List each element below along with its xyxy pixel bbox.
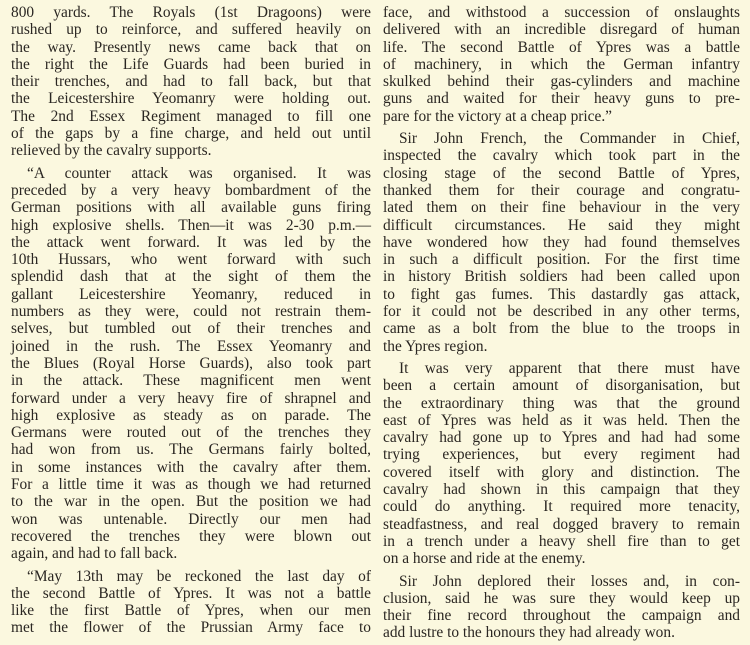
text-line: in a trench under a heavy shell fire tha…	[383, 533, 740, 550]
text-line: in the attack. These magnificent men wen…	[11, 372, 371, 389]
text-line: rushed up to reinforce, and suffered hea…	[11, 21, 371, 38]
text-line: trying experiences, but every regiment h…	[383, 446, 740, 463]
text-line: life. The second Battle of Ypres was a b…	[383, 39, 740, 56]
text-line: their trenches, and had to fall back, bu…	[11, 73, 371, 90]
text-line: numbers as they were, could not restrain…	[11, 303, 371, 320]
text-line: the Ypres region.	[383, 338, 740, 355]
paragraph: 800 yards. The Royals (1st Dragoons) wer…	[11, 4, 371, 160]
text-line: face, and withstood a succession of onsl…	[383, 4, 740, 21]
text-line: lated them on their fine behaviour in th…	[383, 199, 740, 216]
text-line: been a certain amount of disorganisation…	[383, 377, 740, 394]
text-line: It was very apparent that there must hav…	[383, 360, 740, 377]
text-line: preceded by a very heavy bombardment of …	[11, 182, 371, 199]
paragraph: Sir John French, the Commander in Chief,…	[383, 130, 740, 355]
text-line: “A counter attack was organised. It was	[11, 165, 371, 182]
text-line: the right the Life Guards had been burie…	[11, 56, 371, 73]
paragraph: It was very apparent that there must hav…	[383, 360, 740, 568]
text-line: splendid dash that at the sight of them …	[11, 268, 371, 285]
text-line: guns and waited for their heavy guns to …	[383, 90, 740, 107]
text-line: won was untenable. Directly our men had	[11, 511, 371, 528]
text-line: of the gaps by a fine charge, and held o…	[11, 125, 371, 142]
text-line: met the flower of the Prussian Army face…	[11, 619, 371, 636]
text-line: the extraordinary thing was that the gro…	[383, 395, 740, 412]
text-line: “May 13th may be reckoned the last day o…	[11, 568, 371, 585]
text-line: gallant Leicestershire Yeomanry, reduced…	[11, 286, 371, 303]
text-line: cavalry had gone up to Ypres and had had…	[383, 429, 740, 446]
text-line: Sir John French, the Commander in Chief,	[383, 130, 740, 147]
text-line: skulked behind their gas-cylinders and m…	[383, 73, 740, 90]
text-line: the Leicestershire Yeomanry were holding…	[11, 90, 371, 107]
text-line: the way. Presently news came back that o…	[11, 39, 371, 56]
paragraph: face, and withstood a succession of onsl…	[383, 4, 740, 125]
text-line: came as a bolt from the blue to the troo…	[383, 320, 740, 337]
text-line: The 2nd Essex Regiment managed to fill o…	[11, 108, 371, 125]
text-line: high explosive shells. Then—it was 2-30 …	[11, 217, 371, 234]
paragraph: “May 13th may be reckoned the last day o…	[11, 568, 371, 637]
right-column: face, and withstood a succession of onsl…	[383, 4, 740, 642]
text-line: to fight gas fumes. This dastardly gas a…	[383, 286, 740, 303]
text-line: like the first Battle of Ypres, when our…	[11, 602, 371, 619]
text-line: had won from us. The Germans fairly bolt…	[11, 441, 371, 458]
text-line: delivered with an incredible disregard o…	[383, 21, 740, 38]
text-line: on a horse and ride at the enemy.	[383, 550, 740, 567]
text-line: For a little time it was as though we ha…	[11, 476, 371, 493]
text-line: pare for the victory at a cheap price.”	[383, 108, 740, 125]
text-line: in history British soldiers had been cal…	[383, 268, 740, 285]
text-line: again, and had to fall back.	[11, 545, 371, 562]
text-line: closing stage of the second Battle of Yp…	[383, 165, 740, 182]
text-line: cavalry had shown in this campaign that …	[383, 481, 740, 498]
text-line: 10th Hussars, who went forward with such	[11, 251, 371, 268]
text-line: 800 yards. The Royals (1st Dragoons) wer…	[11, 4, 371, 21]
text-line: their fine record throughout the campaig…	[383, 607, 740, 624]
text-line: relieved by the cavalry supports.	[11, 142, 371, 159]
text-line: covered itself with glory and distinctio…	[383, 464, 740, 481]
text-line: thanked them for their courage and congr…	[383, 182, 740, 199]
text-line: high explosive as steady as on parade. T…	[11, 407, 371, 424]
text-line: recovered the trenches they were blown o…	[11, 528, 371, 545]
text-line: in some instances with the cavalry after…	[11, 459, 371, 476]
left-column: 800 yards. The Royals (1st Dragoons) wer…	[11, 4, 371, 637]
text-line: inspected the cavalry which took part in…	[383, 147, 740, 164]
text-line: the Blues (Royal Horse Guards), also too…	[11, 355, 371, 372]
text-line: clusion, said he was sure they would kee…	[383, 590, 740, 607]
paragraph: Sir John deplored their losses and, in c…	[383, 573, 740, 642]
text-line: Sir John deplored their losses and, in c…	[383, 573, 740, 590]
text-line: Germans were routed out of the trenches …	[11, 424, 371, 441]
text-line: have wondered how they had found themsel…	[383, 234, 740, 251]
text-line: of machinery, in which the German infant…	[383, 56, 740, 73]
book-page: 800 yards. The Royals (1st Dragoons) wer…	[0, 0, 750, 645]
text-line: to the war in the open. But the position…	[11, 493, 371, 510]
text-line: forward under a very heavy fire of shrap…	[11, 390, 371, 407]
text-line: German positions with all available guns…	[11, 199, 371, 216]
text-line: add lustre to the honours they had alrea…	[383, 624, 740, 641]
text-line: the attack went forward. It was led by t…	[11, 234, 371, 251]
paragraph: “A counter attack was organised. It wasp…	[11, 165, 371, 563]
text-line: joined in the rush. The Essex Yeomanry a…	[11, 338, 371, 355]
text-line: could do anything. It required more tena…	[383, 498, 740, 515]
text-line: east of Ypres was held as it was held. T…	[383, 412, 740, 429]
text-line: the second Battle of Ypres. It was not a…	[11, 585, 371, 602]
text-line: for it could not be described in any oth…	[383, 303, 740, 320]
text-line: steadfastness, and real dogged bravery t…	[383, 516, 740, 533]
text-line: difficult circumstances. He said they mi…	[383, 217, 740, 234]
text-line: in such a difficult position. For the fi…	[383, 251, 740, 268]
text-line: selves, but tumbled out of their trenche…	[11, 320, 371, 337]
